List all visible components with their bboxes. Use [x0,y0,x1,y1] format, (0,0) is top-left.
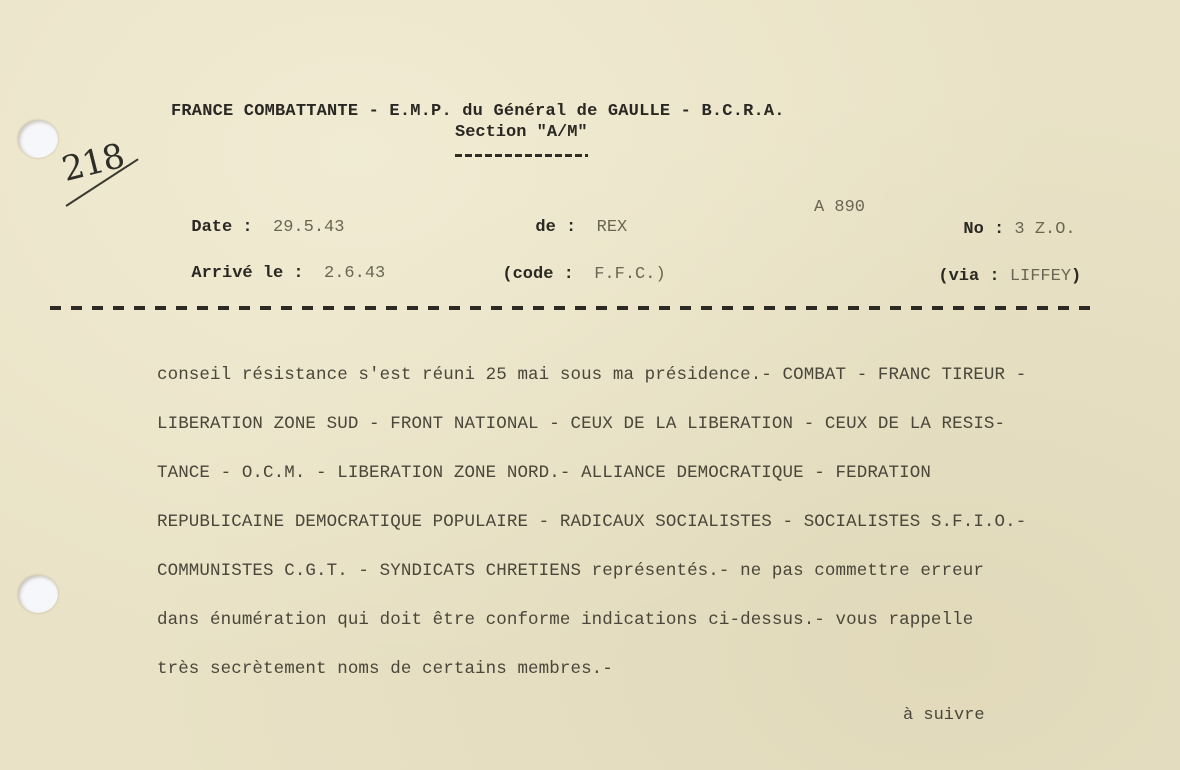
number-label: No : [963,220,1004,239]
date-value: 29.5.43 [273,218,344,237]
document-section: Section "A/M" [455,123,588,142]
via-field: (via : LIFFEY) [918,248,1081,286]
date-label: Date : [191,218,252,237]
from-value: REX [597,218,628,237]
dashed-divider [50,306,1095,310]
from-field: de : REX [515,199,627,237]
document-header: FRANCE COMBATTANTE - E.M.P. du Général d… [171,102,785,121]
punch-hole-bottom [18,575,58,613]
number-field: No : 3 Z.O. [943,201,1076,239]
date-field: Date : 29.5.43 [171,199,344,237]
handwritten-folio-number: 218 [58,136,128,190]
code-label: (code : [502,265,573,284]
number-value: 3 Z.O. [1014,220,1075,239]
body-line: dans énumération qui doit être conforme … [157,607,1026,656]
arrived-value: 2.6.43 [324,264,385,283]
code-field: (code : F.F.C.) [482,246,666,284]
code-value: F.F.C.) [594,265,665,284]
body-line: REPUBLICAINE DEMOCRATIQUE POPULAIRE - RA… [157,509,1026,558]
continuation-note: à suivre [903,706,985,725]
body-line: TANCE - O.C.M. - LIBERATION ZONE NORD.- … [157,460,1026,509]
body-line: COMMUNISTES C.G.T. - SYNDICATS CHRETIENS… [157,558,1026,607]
body-line: conseil résistance s'est réuni 25 mai so… [157,362,1026,411]
message-body: conseil résistance s'est réuni 25 mai so… [157,362,1026,705]
header-underline [455,154,588,157]
from-label: de : [535,218,576,237]
via-close: ) [1071,267,1081,286]
via-label: (via : [938,267,999,286]
reference-number: A 890 [814,198,865,217]
punch-hole-top [18,120,58,158]
arrived-label: Arrivé le : [191,264,303,283]
body-line: LIBERATION ZONE SUD - FRONT NATIONAL - C… [157,411,1026,460]
arrived-field: Arrivé le : 2.6.43 [171,245,385,283]
body-line: très secrètement noms de certains membre… [157,656,1026,705]
via-value: LIFFEY [1010,267,1071,286]
